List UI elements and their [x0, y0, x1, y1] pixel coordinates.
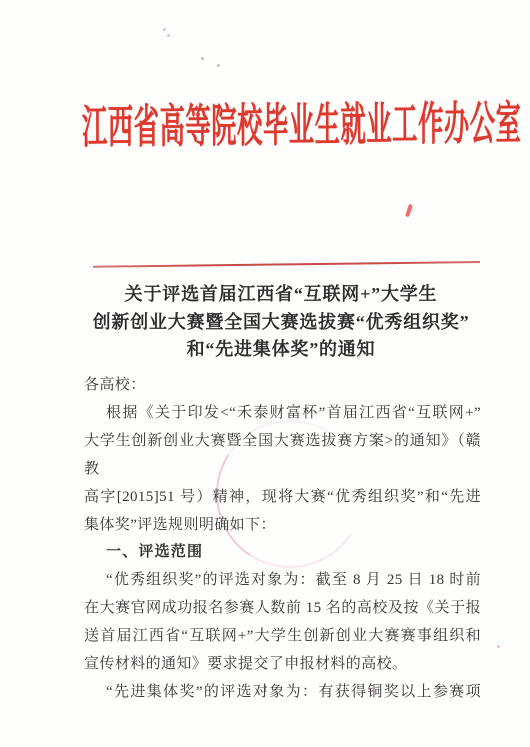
body-line: 根据《关于印发<“禾泰财富杯”首届江西省“互联网+” [84, 400, 481, 428]
scan-speck [201, 57, 204, 60]
letterhead-divider-line [93, 261, 480, 267]
title-line: 关于评选首届江西省“互联网+”大学生 [85, 281, 477, 309]
letterhead-title: 江西省高等院校毕业生就业工作办公室 [82, 98, 500, 154]
body-line: 在大赛官网成功报名参赛人数前 15 名的高校及按《关于报 [84, 595, 481, 623]
scan-speck [167, 34, 170, 37]
scan-speck [217, 64, 220, 67]
body-line: 宣传材料的通知》要求提交了申报材料的高校。 [84, 651, 481, 679]
body-line: “优秀组织奖”的评选对象为：截至 8 月 25 日 18 时前 [84, 567, 481, 595]
body-line: “先进集体奖”的评选对象为：有获得铜奖以上参赛项 [84, 679, 481, 707]
scan-speck [163, 28, 166, 31]
document-body: 各高校： 根据《关于印发<“禾泰财富杯”首届江西省“互联网+” 大学生创新创业大… [84, 372, 481, 707]
scan-speck [497, 645, 500, 648]
document-title: 关于评选首届江西省“互联网+”大学生 创新创业大赛暨全国大赛选拔赛“优秀组织奖”… [85, 281, 477, 364]
page-number: 1 [250, 683, 280, 695]
section-heading: 一、评选范围 [84, 539, 481, 567]
title-line: 创新创业大赛暨全国大赛选拔赛“优秀组织奖” [85, 309, 477, 337]
body-line: 大学生创新创业大赛暨全国大赛选拔赛方案>的通知》（赣教 [84, 428, 481, 484]
title-line: 和“先进集体奖”的通知 [85, 336, 477, 364]
salutation-line: 各高校： [84, 372, 481, 400]
body-line: 集体奖”评选规则明确如下： [84, 512, 481, 540]
body-line: 送首届江西省“互联网+”大学生创新创业大赛赛事组织和 [84, 623, 481, 651]
body-line: 高字[2015]51 号）精神，现将大赛“优秀组织奖”和“先进 [84, 484, 481, 512]
scanned-document-page: 江西省高等院校毕业生就业工作办公室 关于评选首届江西省“互联网+”大学生 创新创… [0, 0, 530, 747]
scan-mark-red [405, 204, 413, 218]
